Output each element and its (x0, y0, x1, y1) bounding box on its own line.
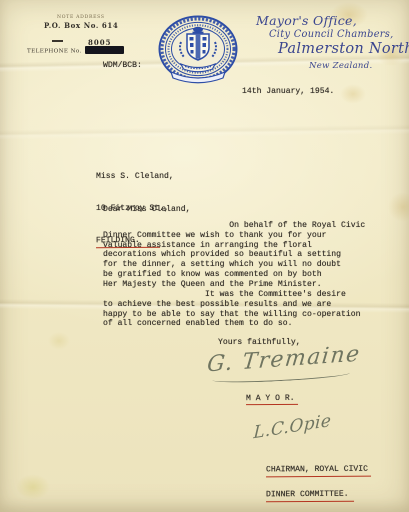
telephone-row: TELEPHONE No. (27, 46, 124, 55)
office-name: Mayor's Office, (256, 13, 357, 28)
chairman-title: CHAIRMAN, ROYAL CIVIC DINNER COMMITTEE. (247, 452, 371, 512)
po-box-number: P.O. Box No. 614 (44, 21, 118, 30)
paper-stain (16, 474, 50, 500)
paper-stain (48, 332, 70, 350)
recipient-name: Miss S. Cleland, (96, 172, 174, 183)
office-country: New Zealand. (309, 61, 372, 71)
salutation: Dear Miss Cleland, (103, 205, 190, 215)
paper-stain (340, 84, 366, 104)
paper-stain (388, 192, 409, 222)
redacted-telephone-number (85, 46, 124, 54)
chairman-signature: L.C.Opie (253, 411, 332, 444)
reference-code: WDM/BCB: (103, 61, 142, 71)
fold-crease (0, 124, 409, 140)
city-council-crest-icon (157, 12, 239, 88)
body-paragraph-1: On behalf of the Royal Civic Dinner Comm… (103, 221, 379, 290)
telephone-label: TELEPHONE No. (27, 49, 82, 55)
strikethrough-mark (52, 40, 63, 42)
office-city: Palmerston North, (278, 41, 409, 57)
chairman-title-line1: CHAIRMAN, ROYAL CIVIC (266, 463, 371, 477)
body-paragraph-2: It was the Committee's desire to achieve… (103, 290, 379, 329)
letter-date: 14th January, 1954. (242, 87, 334, 97)
letter-page: NOTE ADDRESS P.O. Box No. 614 8005 TELEP… (0, 0, 409, 512)
postal-note-label: NOTE ADDRESS (57, 15, 105, 20)
office-chambers: City Council Chambers, (269, 29, 394, 40)
chairman-title-line2: DINNER COMMITTEE. (266, 489, 354, 503)
mayor-title: M A Y O R. (246, 394, 298, 405)
